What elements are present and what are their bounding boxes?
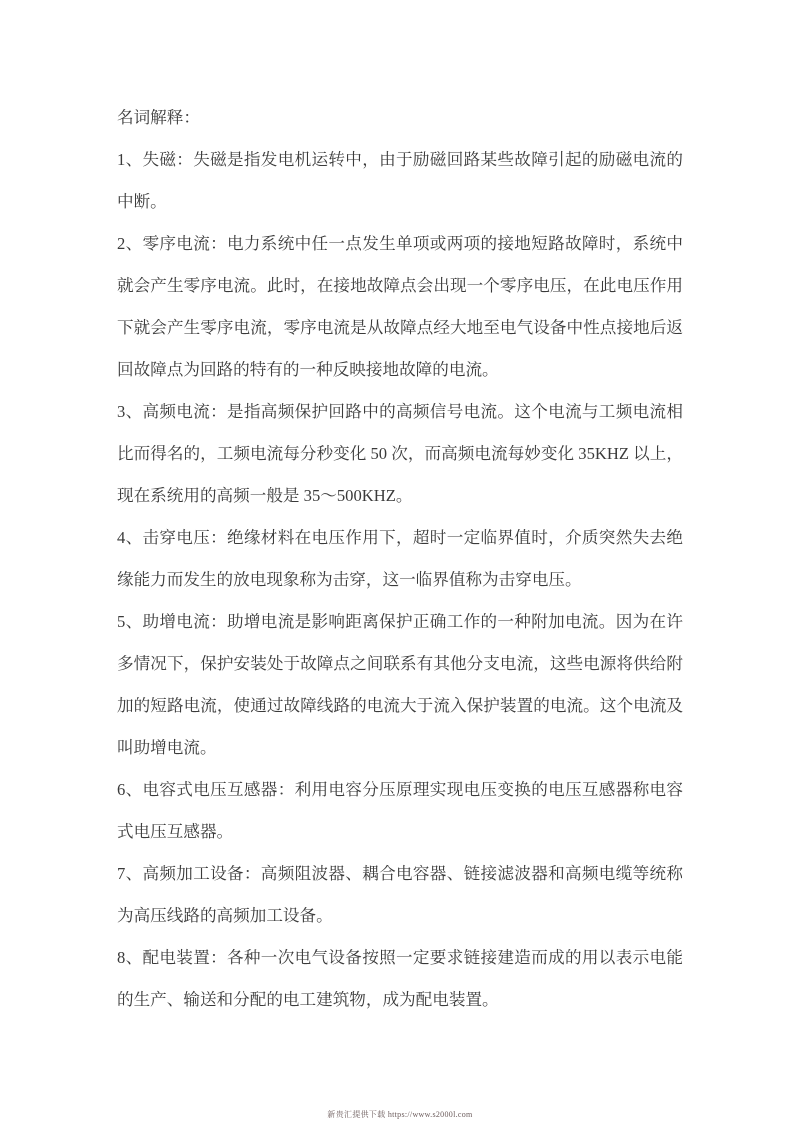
document-page: 名词解释： 1、失磁：失磁是指发电机运转中，由于励磁回路某些故障引起的励磁电流的… (0, 0, 800, 1132)
definition-paragraph-4: 4、击穿电压：绝缘材料在电压作用下，超时一定临界值时，介质突然失去绝缘能力而发生… (117, 517, 683, 601)
definition-paragraph-5: 5、助增电流：助增电流是影响距离保护正确工作的一种附加电流。因为在许多情况下，保… (117, 601, 683, 769)
definition-paragraph-3: 3、高频电流：是指高频保护回路中的高频信号电流。这个电流与工频电流相比而得名的，… (117, 391, 683, 517)
definition-paragraph-6: 6、电容式电压互感器：利用电容分压原理实现电压变换的电压互感器称电容式电压互感器… (117, 769, 683, 853)
footer-watermark: 新贵汇提供下载 https://www.s2000l.com (0, 1108, 800, 1122)
document-heading: 名词解释： (117, 97, 683, 139)
definition-paragraph-1: 1、失磁：失磁是指发电机运转中，由于励磁回路某些故障引起的励磁电流的中断。 (117, 139, 683, 223)
definition-paragraph-2: 2、零序电流：电力系统中任一点发生单项或两项的接地短路故障时，系统中就会产生零序… (117, 223, 683, 391)
definition-paragraph-8: 8、配电装置：各种一次电气设备按照一定要求链接建造而成的用以表示电能的生产、输送… (117, 937, 683, 1021)
definition-paragraph-7: 7、高频加工设备：高频阻波器、耦合电容器、链接滤波器和高频电缆等统称为高压线路的… (117, 853, 683, 937)
document-body: 名词解释： 1、失磁：失磁是指发电机运转中，由于励磁回路某些故障引起的励磁电流的… (117, 97, 683, 1021)
